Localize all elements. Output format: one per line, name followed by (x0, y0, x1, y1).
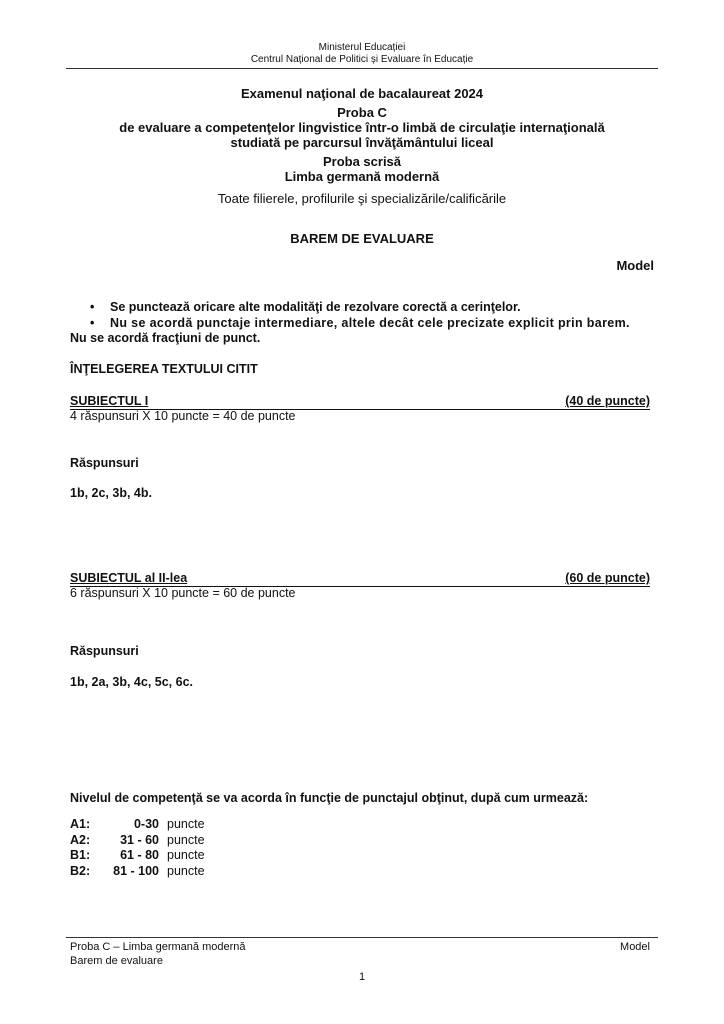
proba-description-1: de evaluare a competenţelor lingvistice … (0, 120, 724, 135)
footer-left-2: Barem de evaluare (70, 954, 163, 968)
subject-2-header: SUBIECTUL al II-lea (60 de puncte) (70, 571, 650, 587)
proba-scrisa: Proba scrisă (0, 154, 724, 169)
levels-intro: Nivelul de competenţă se va acorda în fu… (70, 791, 588, 806)
footer-left-1: Proba C – Limba germană modernă (70, 940, 245, 954)
subject-1-formula: 4 răspunsuri X 10 puncte = 40 de puncte (70, 409, 296, 424)
exam-title: Examenul naţional de bacalaureat 2024 (0, 86, 724, 101)
header-divider (66, 68, 658, 69)
header-center: Centrul Național de Politici și Evaluare… (0, 54, 724, 66)
footer-divider (66, 937, 658, 938)
subject-2-formula: 6 răspunsuri X 10 puncte = 60 de puncte (70, 586, 296, 601)
subject-2-answers-label: Răspunsuri (70, 644, 139, 659)
levels-table: A1:0-30puncte A2:31 - 60puncte B1:61 - 8… (70, 817, 227, 879)
subject-2-points: (60 de puncte) (565, 571, 650, 586)
level-row: B1:61 - 80puncte (70, 848, 227, 864)
subject-2-title: SUBIECTUL al II-lea (70, 571, 187, 586)
language-title: Limba germană modernă (0, 169, 724, 184)
header-ministry: Ministerul Educației (0, 42, 724, 54)
subject-1-points: (40 de puncte) (565, 394, 650, 409)
rule-item: •Nu se acordă punctaje intermediare, alt… (90, 316, 630, 330)
subject-2-answers: 1b, 2a, 3b, 4c, 5c, 6c. (70, 675, 193, 690)
proba-description-2: studiată pe parcursul învăţământului lic… (0, 135, 724, 150)
subject-1-title: SUBIECTUL I (70, 394, 148, 409)
rule-continuation: Nu se acordă fracţiuni de punct. (70, 331, 260, 346)
subject-1-header: SUBIECTUL I (40 de puncte) (70, 394, 650, 410)
barem-heading: BAREM DE EVALUARE (0, 231, 724, 246)
level-row: B2:81 - 100puncte (70, 864, 227, 880)
subject-1-answers: 1b, 2c, 3b, 4b. (70, 486, 152, 501)
model-label: Model (616, 258, 654, 273)
subject-1-answers-label: Răspunsuri (70, 456, 139, 471)
section-heading: ÎNŢELEGEREA TEXTULUI CITIT (70, 362, 258, 377)
level-row: A1:0-30puncte (70, 817, 227, 833)
footer-model: Model (620, 940, 650, 954)
proba-title: Proba C (0, 105, 724, 120)
page-number: 1 (0, 970, 724, 984)
level-row: A2:31 - 60puncte (70, 833, 227, 849)
filiere-text: Toate filierele, profilurile şi speciali… (0, 191, 724, 206)
rule-item: •Se punctează oricare alte modalităţi de… (90, 300, 521, 314)
